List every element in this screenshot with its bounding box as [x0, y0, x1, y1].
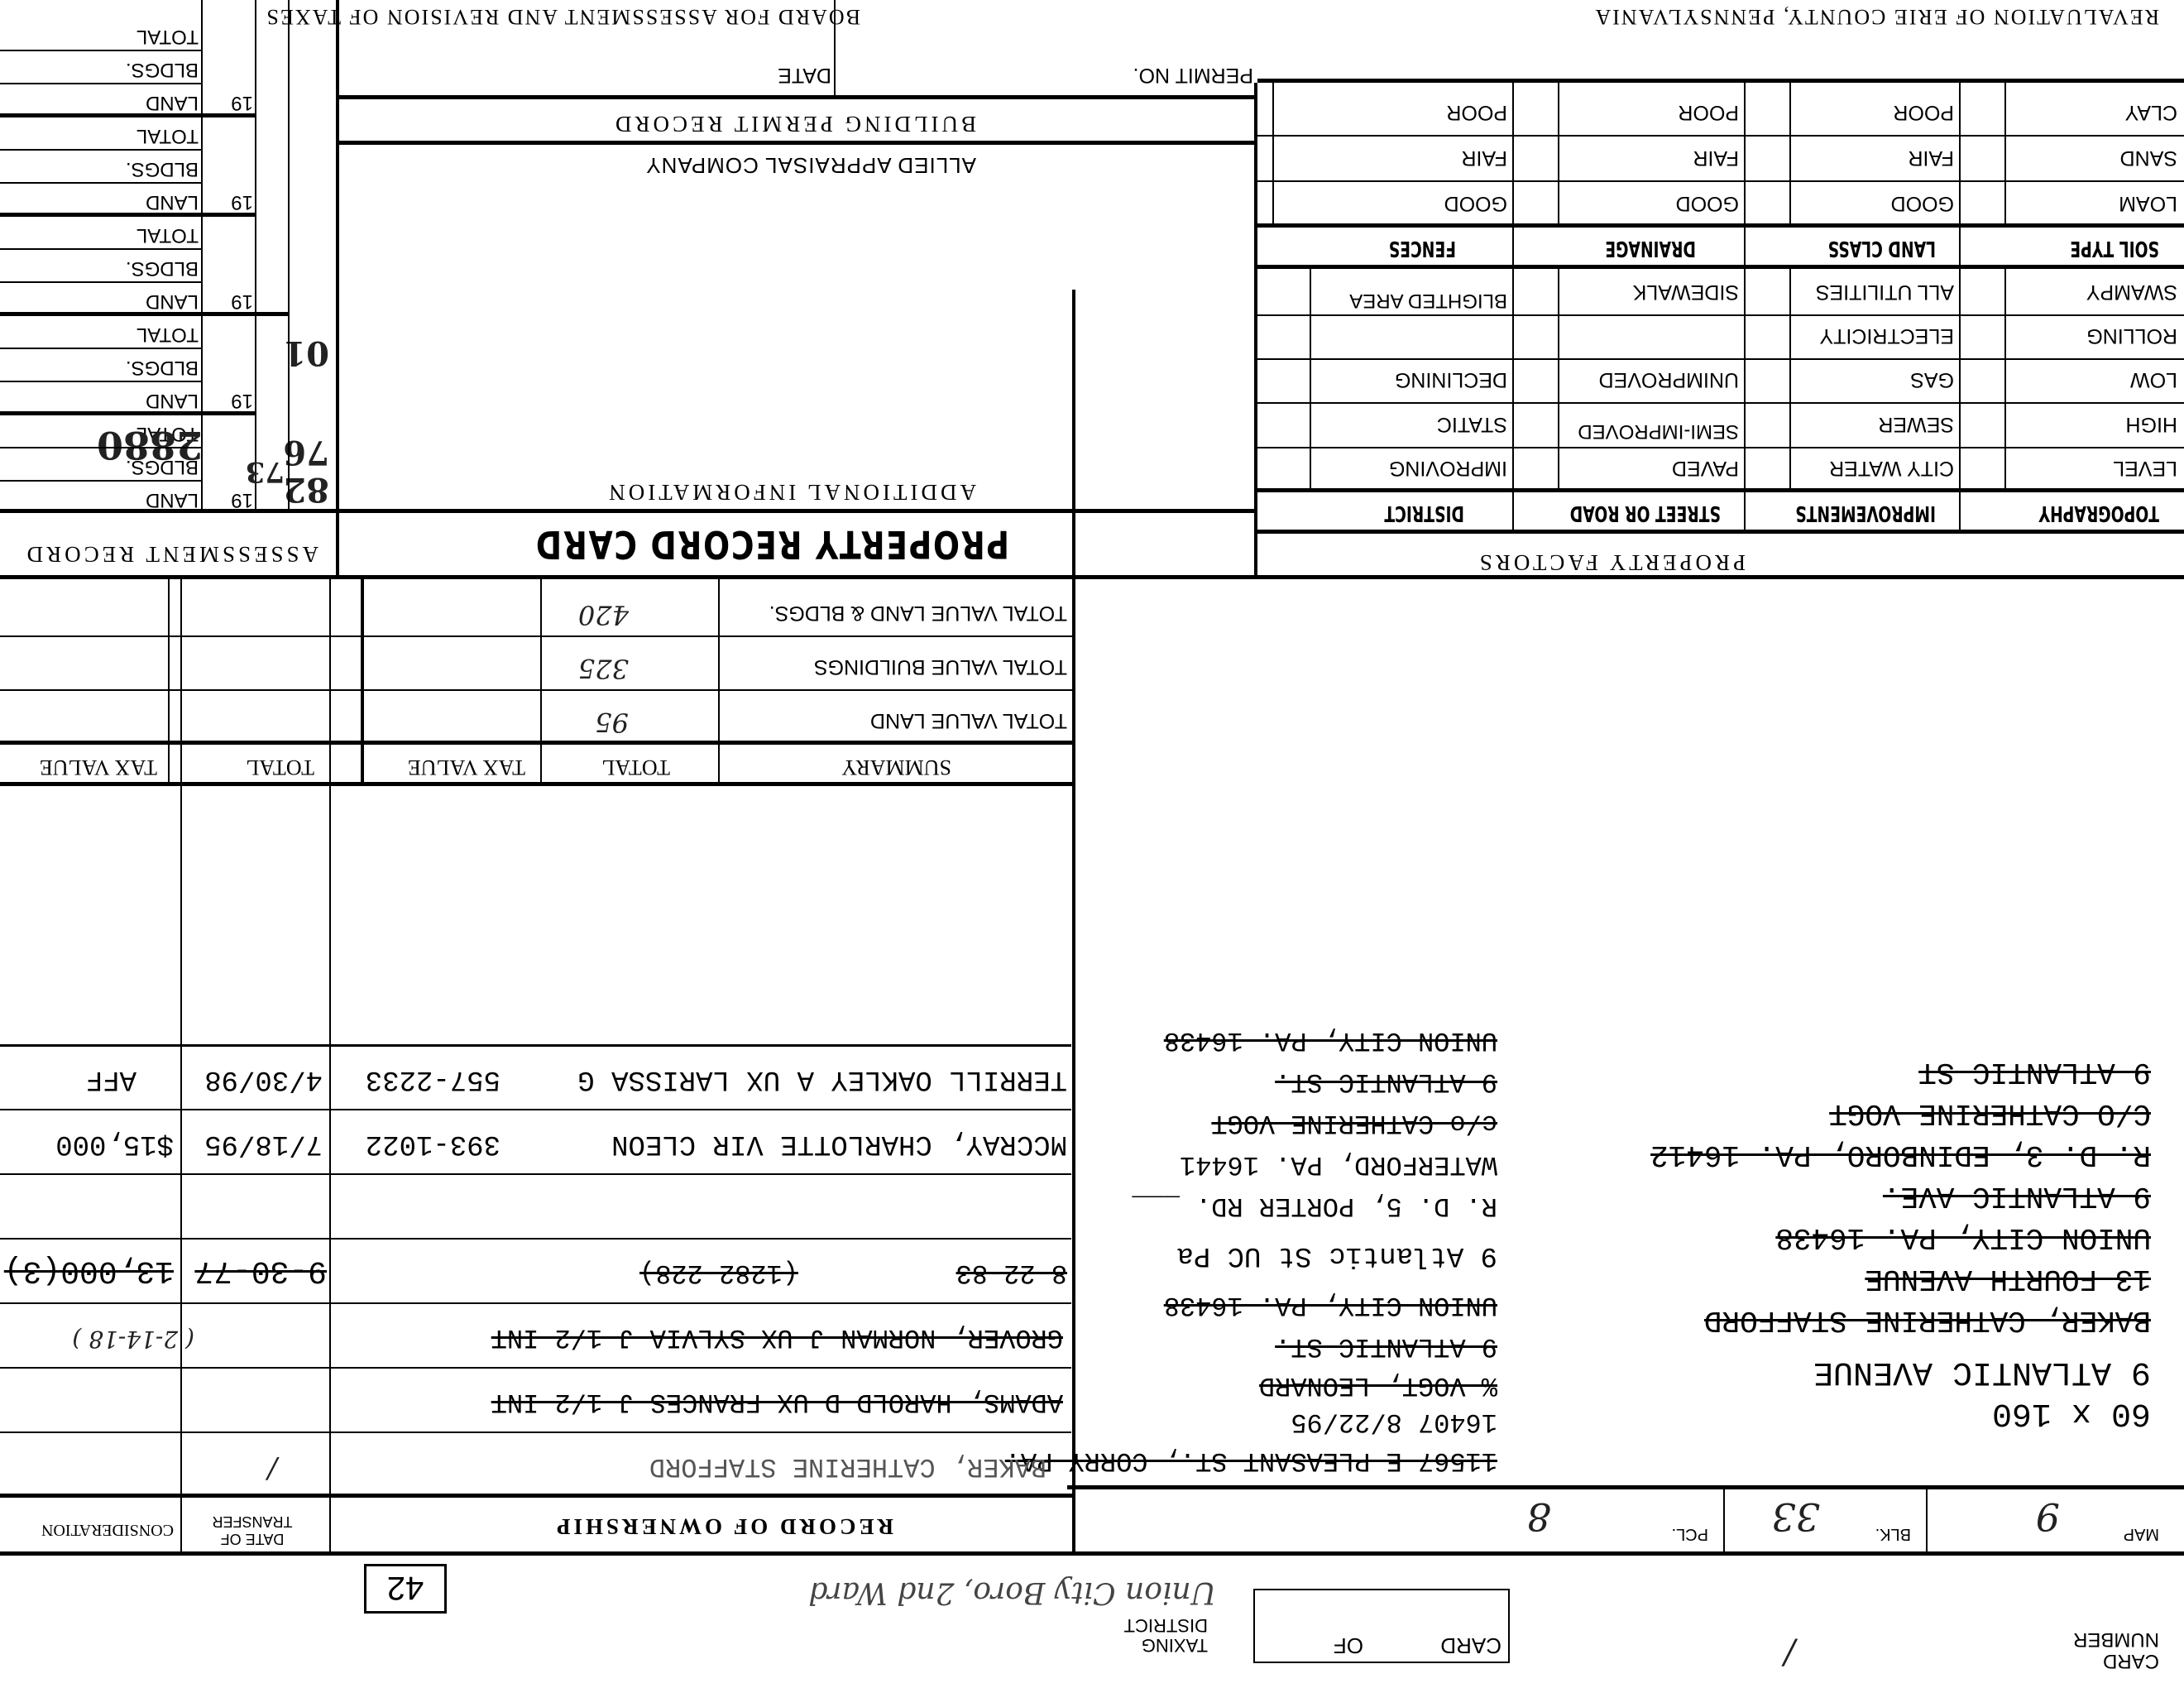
- owner-address-line: 9 ATLANTIC AVE.: [1522, 1175, 2151, 1216]
- building-permit-title: BUILDING PERMIT RECORD: [612, 111, 976, 137]
- owner-address-list: BAKER, CATHERINE STAFFORD 13 FOURTH AVEN…: [1522, 1051, 2151, 1340]
- card-label: CARD: [1440, 1633, 1501, 1658]
- ownership-row: 8-22-83 (1282-228) 9-30-77 13,000(3): [0, 1238, 1071, 1300]
- mailing-address-line: UNION CITY, PA. 16438: [1084, 1284, 1497, 1326]
- assessment-side-note: 76: [283, 433, 329, 472]
- taxing-district-label: TAXING DISTRICT: [1100, 1615, 1208, 1655]
- owner-address-line: 13 FOURTH AVENUE: [1522, 1258, 2151, 1299]
- owner-address-line: BAKER, CATHERINE STAFFORD: [1522, 1299, 2151, 1340]
- footer-title-left: REVALUATION OF ERIE COUNTY, PENNSYLVANIA: [1593, 4, 2159, 29]
- mailing-address-list: 11567 E PLEASANT ST., CORRY PA. 16407 8/…: [1084, 1019, 1497, 1481]
- owner-address-line: UNION CITY, PA. 16438: [1522, 1216, 2151, 1258]
- map-label: MAP: [2124, 1524, 2159, 1543]
- ownership-row: [0, 1173, 1071, 1235]
- ownership-row: GROVER, NORMAN J UX SYLVIA J 1/2 INT ( 2…: [0, 1302, 1071, 1364]
- card-title: PROPERTY RECORD CARD: [534, 522, 1009, 567]
- permit-date-label: DATE: [778, 63, 831, 87]
- property-address: 9 ATLANTIC AVENUE: [1813, 1353, 2151, 1390]
- mailing-address-line: 16407 8/22/95: [1084, 1403, 1497, 1440]
- mailing-address-line: 11567 E PLEASANT ST., CORRY PA.: [1084, 1440, 1497, 1481]
- summary-row-label: TOTAL VALUE LAND: [870, 708, 1067, 732]
- of-label: OF: [1334, 1633, 1363, 1658]
- summary-row-label: TOTAL VALUE BUILDINGS: [814, 655, 1067, 679]
- pcl-label: PCL.: [1672, 1524, 1708, 1543]
- summary-total-header: TOTAL: [601, 755, 670, 779]
- assessment-side-note: 82: [283, 470, 329, 509]
- mailing-address-line: 9 ATLANTIC ST.: [1084, 1326, 1497, 1367]
- transfer-date-header: DATE OF TRANSFER: [186, 1513, 318, 1547]
- owner-address-line: 9 ATLANTIC ST: [1522, 1051, 2151, 1092]
- blk-label: BLK.: [1875, 1524, 1911, 1543]
- lot-dimensions: 60 x 160: [1992, 1394, 2151, 1431]
- ownership-row: ADAMS, HAROLD D UX FRANCES J 1/2 INT: [0, 1367, 1071, 1429]
- assessment-year: 73: [246, 455, 285, 488]
- summary-table: SUMMARY TOTAL TAX VALUE TOTAL TAX VALUE …: [0, 579, 1075, 786]
- summary-row-total: 325: [578, 653, 629, 684]
- mailing-address-line: WATERFORD, PA. 16441: [1084, 1144, 1497, 1185]
- appraiser-name: ALLIED APPRAISAL COMPANY: [645, 152, 976, 178]
- permit-no-label: PERMIT NO.: [1133, 63, 1253, 87]
- card-number-value: /: [1784, 1633, 1795, 1671]
- summary-tax-value-header-2: TAX VALUE: [40, 755, 157, 779]
- owner-address-line: C/O CATHERINE VOGT: [1522, 1092, 2151, 1134]
- card-number-label: CARD NUMBER: [2068, 1628, 2159, 1671]
- taxing-district-value: Union City Boro, 2nd Ward: [808, 1575, 1216, 1609]
- ownership-row: TERRILL OAKLEY A UX LARISSA G 557-2233 4…: [0, 1044, 1071, 1106]
- card-of-box: CARD OF: [1253, 1589, 1510, 1663]
- ownership-title: RECORD OF OWNERSHIP: [553, 1513, 893, 1539]
- assessment-record-grid: 82 76 01 19 73 LAND BLDGS. TOTAL 2880 19…: [0, 0, 339, 513]
- owner-address-line: R. D. 3, EDINBORO, PA. 16412: [1522, 1134, 2151, 1175]
- blk-value: 33: [1771, 1494, 1820, 1539]
- property-record-card: CARD NUMBER / CARD OF TAXING DISTRICT Un…: [0, 0, 2184, 1688]
- stamp-number: 42: [364, 1564, 447, 1614]
- summary-total-header-2: TOTAL: [246, 755, 314, 779]
- assessment-total-value: 2880: [97, 423, 203, 468]
- mailing-address-line: 9 ATLANTIC ST.: [1084, 1061, 1497, 1102]
- assessment-side-note: 01: [283, 333, 329, 372]
- mailing-address-line: R. D. 5, PORTER RD. ___: [1084, 1185, 1497, 1226]
- summary-row-label: TOTAL VALUE LAND & BLDGS.: [769, 601, 1067, 625]
- footer-title: BOARD FOR ASSESSMENT AND REVISION OF TAX…: [265, 4, 860, 29]
- mailing-address-line: 9 Atlantic St UC Pa: [1084, 1226, 1497, 1284]
- summary-tax-value-header: TAX VALUE: [408, 755, 525, 779]
- mailing-address-line: % VOGT, LEONARD: [1084, 1367, 1497, 1403]
- ownership-row: BAKER, CATHERINE STAFFORD /: [0, 1431, 1071, 1494]
- ownership-row: MCCRAY, CHARLOTTE VIR CLEON 393-1022 7/1…: [0, 1109, 1071, 1171]
- assessment-record-title: ASSESSMENT RECORD: [24, 541, 318, 567]
- pcl-value: 8: [1527, 1494, 1551, 1539]
- year-prefix: 19: [231, 488, 253, 511]
- summary-header: SUMMARY: [841, 755, 951, 779]
- summary-row-total: 420: [578, 599, 629, 631]
- map-value: 9: [2036, 1494, 2060, 1539]
- summary-row-total: 95: [595, 707, 629, 738]
- additional-info-title: ADDITIONAL INFORMATION: [606, 479, 976, 505]
- mailing-address-line: UNION CITY, PA. 16438: [1084, 1019, 1497, 1061]
- mailing-address-line: c/o CATHERINE VOGT: [1084, 1102, 1497, 1144]
- property-factors-title: PROPERTY FACTORS: [1477, 549, 1746, 575]
- consideration-header: CONSIDERATION: [41, 1520, 174, 1539]
